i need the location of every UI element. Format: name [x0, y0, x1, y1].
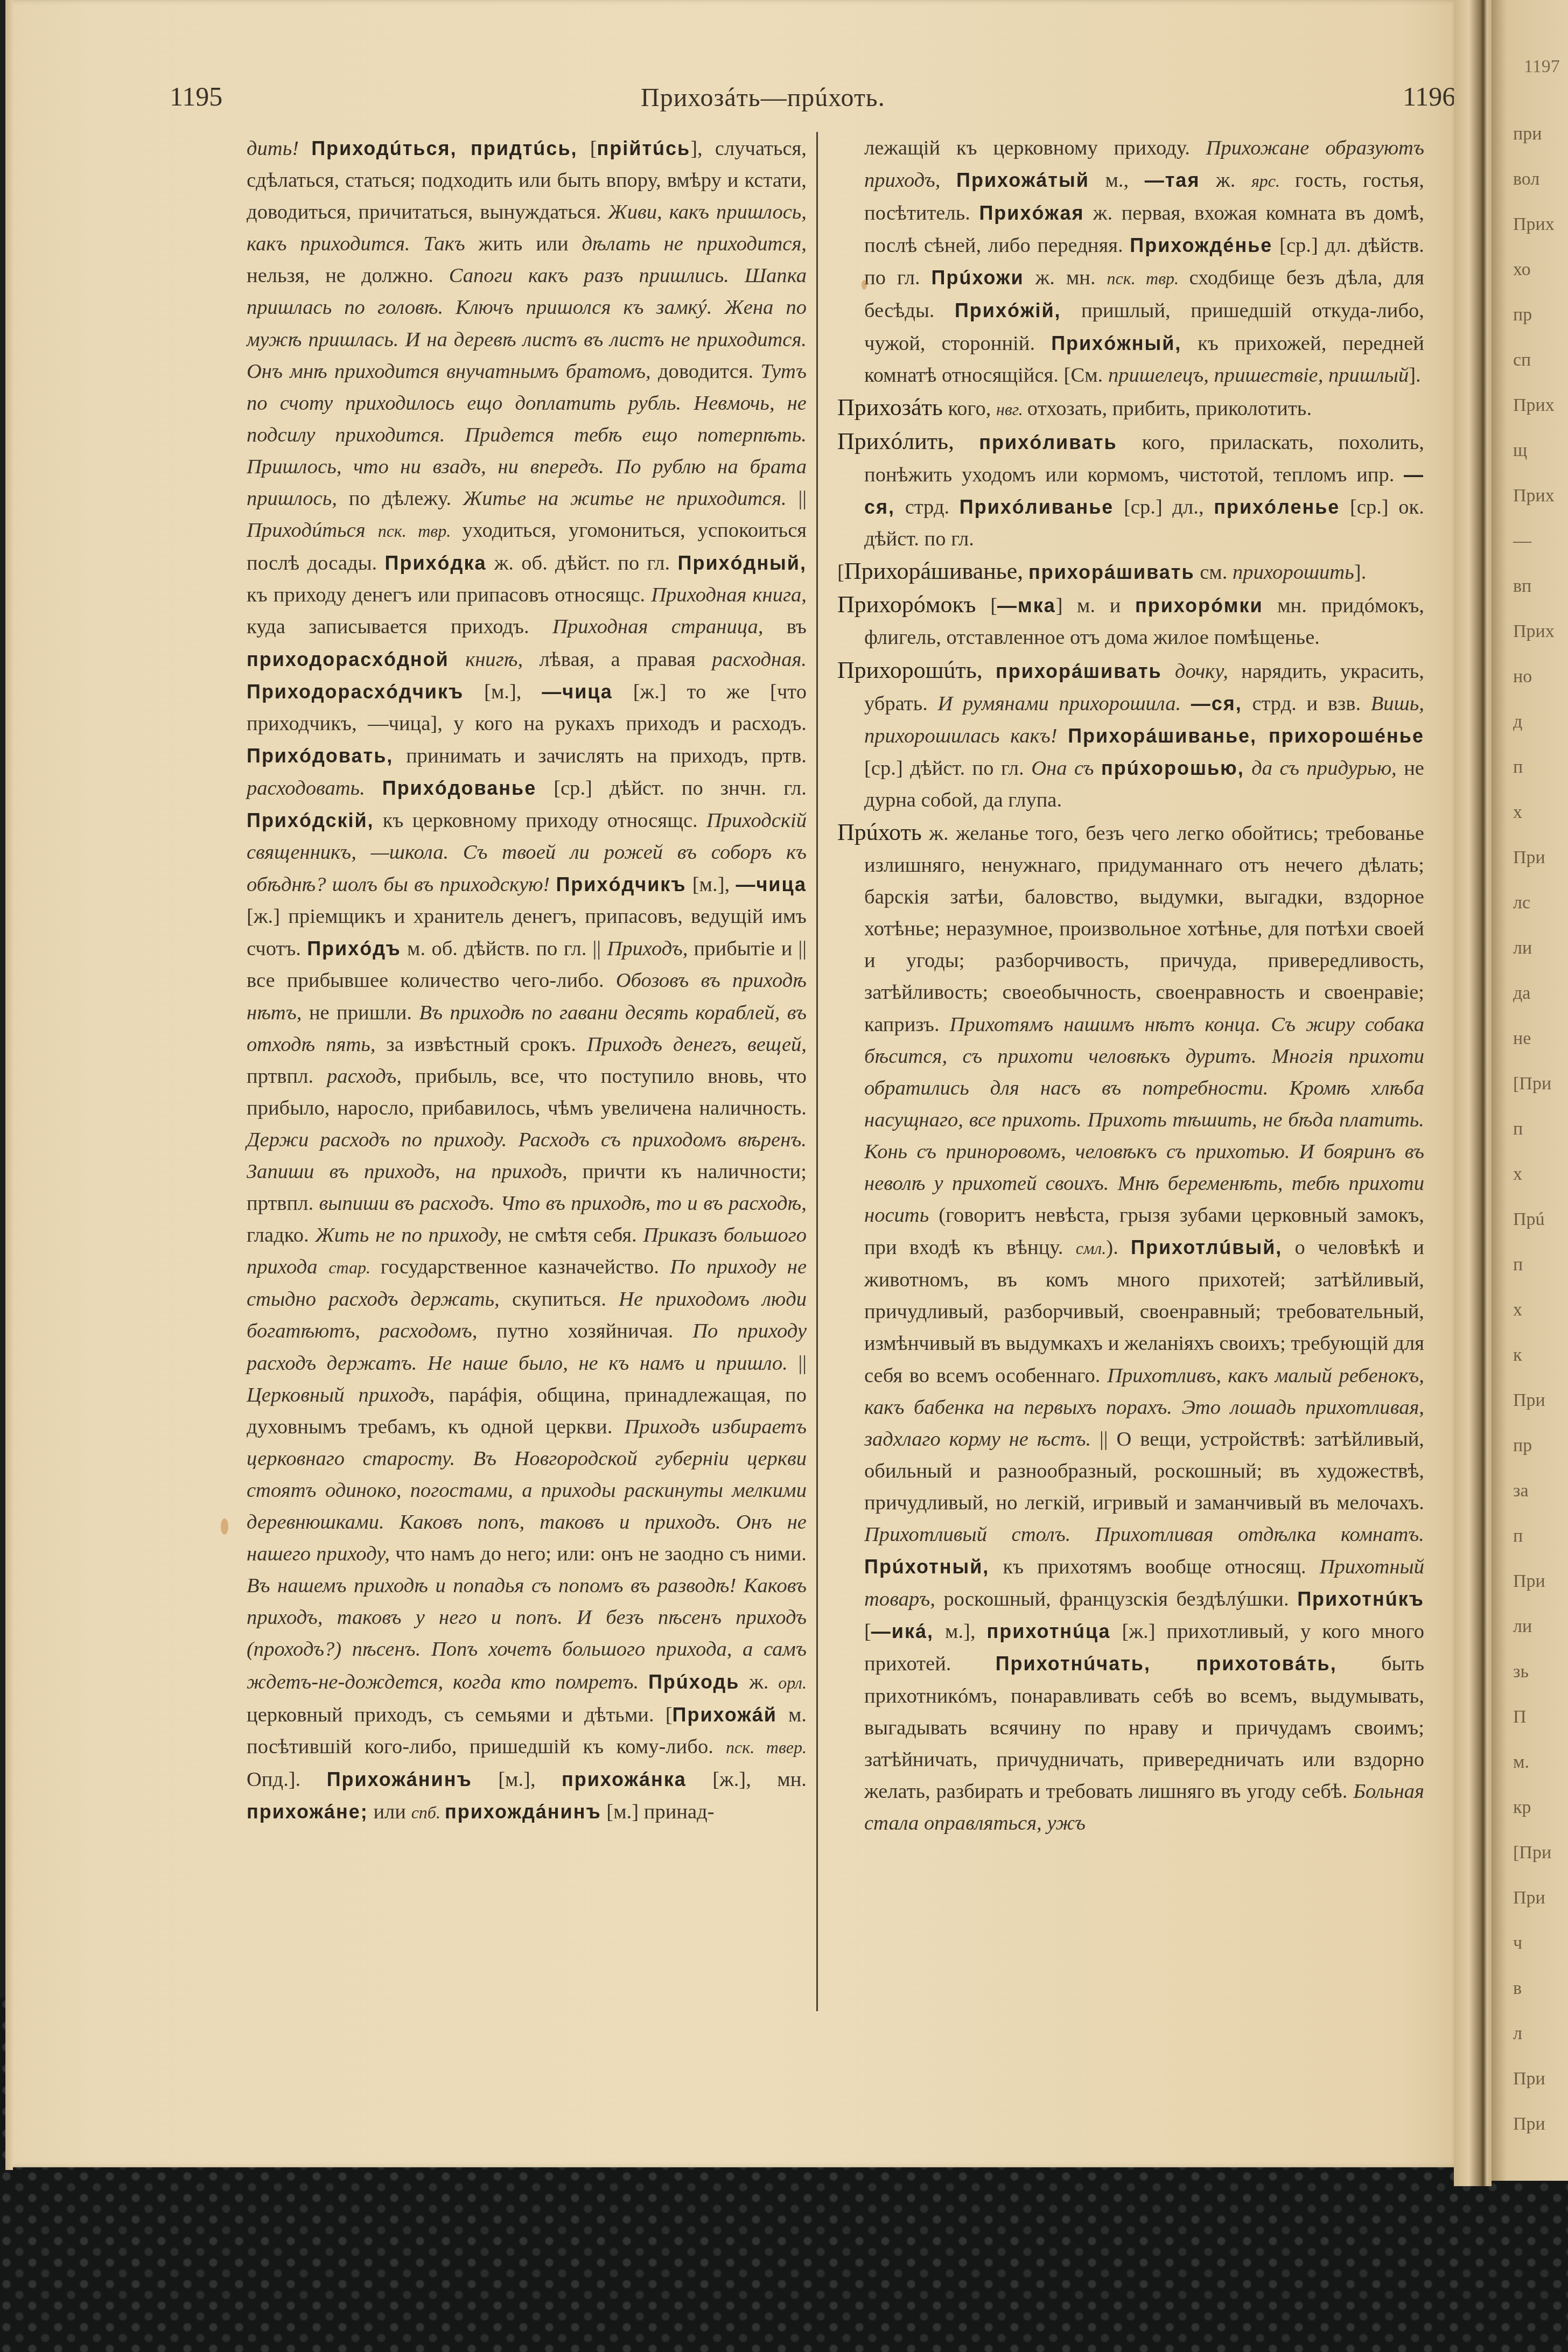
next-page-fragment: При	[1513, 1888, 1545, 1908]
definition-text	[1023, 561, 1028, 584]
headword: Прúхоть	[837, 819, 922, 845]
headword: Прихозáть	[837, 394, 943, 421]
next-page-fragment: п	[1513, 1526, 1523, 1546]
example-text: да съ придурью,	[1244, 757, 1404, 780]
definition-text: [м.],	[472, 1768, 562, 1791]
next-page-fragment: При	[1513, 2114, 1545, 2134]
next-page-fragment: При	[1513, 848, 1545, 868]
definition-text: [	[578, 137, 597, 160]
dictionary-entry: Прúхоть ж. желанье того, безъ чего легко…	[837, 816, 1424, 1839]
definition-text: жить или	[479, 233, 582, 255]
definition-text: стрд.	[895, 496, 960, 519]
example-text: прихорошить	[1233, 561, 1354, 584]
region-abbrev: нвг.	[996, 400, 1027, 419]
definition-text: государственное казначейство.	[381, 1256, 670, 1278]
example-text: Приходъ,	[607, 937, 694, 960]
region-abbrev: спб.	[411, 1803, 445, 1822]
next-page-fragment: Прих	[1513, 395, 1555, 416]
paper-stain	[862, 280, 867, 290]
next-page-fragment: щ	[1513, 440, 1527, 461]
definition-text: къ приходу денегъ или припасовъ относящс…	[247, 584, 651, 606]
headword: Прихóжая	[979, 202, 1084, 224]
headword: Прихожáтый	[956, 169, 1089, 191]
headword: Прúходь	[648, 1671, 739, 1693]
next-page-fragment: да	[1513, 983, 1530, 1004]
next-page-fragment: п	[1513, 757, 1523, 778]
headword: прихóливать	[979, 431, 1117, 453]
example-text: дочку,	[1162, 660, 1242, 683]
definition-text: [	[837, 561, 844, 584]
headword: прійтúсь	[597, 137, 691, 159]
definition-text: пртвпл.	[247, 1065, 327, 1088]
next-page-number: 1197	[1524, 57, 1560, 77]
page-header: 1195 Прихозáть—прúхоть. 1196	[5, 81, 1459, 118]
headword: Прихотнúчать, прихотовáть,	[996, 1653, 1337, 1675]
example-text: Приходная страница,	[552, 615, 787, 638]
headword: —тая	[1145, 169, 1200, 191]
definition-text: [ср.] дл.,	[1114, 496, 1214, 519]
example-text: Церковный приходъ,	[247, 1384, 449, 1406]
headword: Прихóдъ	[307, 937, 401, 960]
example-text: расходная.	[712, 648, 807, 671]
example-text: Житье на житье не приходится.	[463, 487, 799, 510]
example-text: Приходъ денегъ, вещей,	[587, 1033, 807, 1056]
next-page-fragment: ли	[1513, 1616, 1532, 1637]
definition-text: по дѣлежу.	[349, 487, 463, 510]
region-abbrev: орл.	[778, 1673, 807, 1692]
next-page-fragment: м.	[1513, 1752, 1529, 1773]
headword: Прихóдка	[385, 552, 487, 574]
example-text: дѣлать не приходится,	[582, 233, 807, 255]
example-text: дить!	[247, 137, 311, 160]
headword: прихорóмки	[1135, 594, 1263, 617]
definition-text: не пришли.	[309, 1002, 419, 1024]
dictionary-entry: Прихорошúть, прихорáшивать дочку, наряди…	[837, 654, 1424, 816]
definition-text: ).	[1106, 1236, 1131, 1259]
definition-text: см.	[1195, 561, 1233, 584]
dictionary-entry: Прихозáть кого, нвг. отхозать, прибить, …	[837, 391, 1424, 425]
definition-text: въ	[787, 615, 807, 638]
definition-text: къ прихотямъ вообще относящ.	[989, 1556, 1319, 1578]
next-page-fragment: вп	[1513, 576, 1531, 597]
example-text: пришелецъ, пришествіе, пришлый	[1108, 364, 1409, 387]
example-text: Она съ	[1031, 757, 1101, 780]
definition-text: м.],	[934, 1620, 987, 1643]
headword: Прúхотный,	[864, 1556, 989, 1578]
next-page-fragment: ли	[1513, 938, 1532, 958]
headword: Прихóдовать,	[247, 745, 393, 767]
definition-text: кого,	[943, 397, 996, 420]
headword: Прихотлúвый,	[1131, 1236, 1282, 1258]
next-page-fragment: зь	[1513, 1662, 1529, 1682]
headword: прихорáшивать	[1028, 561, 1195, 583]
example-text: Прихотливый столъ. Прихотливая отдѣлка к…	[864, 1523, 1424, 1546]
definition-text: Опд.].	[247, 1768, 327, 1791]
headword: Прихóлить,	[837, 428, 954, 454]
definition-text: ж. желанье того, безъ чего легко обойтис…	[864, 822, 1424, 1036]
example-text: расходъ,	[327, 1065, 415, 1088]
headword: прúхорошью,	[1101, 757, 1244, 779]
definition-text: доводится.	[658, 360, 760, 383]
next-page-fragment: ч	[1513, 1933, 1522, 1954]
page-number-right: 1196	[1403, 81, 1455, 112]
page-number-left: 1195	[170, 81, 222, 112]
headword: Прихожáнинъ	[327, 1768, 472, 1790]
next-page-fragment: но	[1513, 667, 1532, 687]
right-column-text: лежащій къ церковному приходу. Прихожане…	[837, 132, 1424, 1839]
headword: Прихóжный,	[1051, 332, 1181, 354]
headword: —ся,	[1191, 692, 1242, 715]
definition-text: [ср.] дѣйст. по гл.	[864, 757, 1031, 780]
headword: Прихожáй	[673, 1704, 777, 1726]
next-page-fragment: Прú	[1513, 1209, 1545, 1230]
definition-text	[983, 660, 996, 683]
next-page-fragment: вол	[1513, 169, 1539, 190]
headword: Прихóливанье	[960, 496, 1114, 518]
next-page-fragment: х	[1513, 1300, 1522, 1320]
next-page-fragment: п	[1513, 1119, 1523, 1139]
headword: Прихорáшиванье, прихорошéнье	[1068, 725, 1424, 747]
definition-text: къ церковному приходу относящс.	[374, 809, 706, 832]
definition-text: ].	[1354, 561, 1367, 584]
definition-text: лежащій къ церковному приходу.	[864, 137, 1206, 159]
next-page-fragment: кр	[1513, 1797, 1531, 1818]
headword: прихождáнинъ	[445, 1801, 601, 1823]
next-page-fragment: х	[1513, 1164, 1522, 1185]
example-text: расходовать.	[247, 777, 382, 800]
headword: прихотнúца	[987, 1620, 1111, 1642]
headword: Приходорасхóдчикъ	[247, 681, 464, 703]
next-page-fragment: к	[1513, 1345, 1522, 1366]
headword: прихожáне;	[247, 1801, 368, 1823]
definition-text: ж.	[739, 1671, 778, 1693]
definition-text: скупиться.	[512, 1288, 619, 1311]
next-page-fragment: [При	[1513, 1074, 1551, 1094]
example-text: книгѣ,	[449, 648, 540, 671]
headword: —мка	[997, 594, 1056, 617]
region-abbrev: стар.	[328, 1258, 381, 1277]
dictionary-entry: [Прихорáшиванье, прихорáшивать см. прихо…	[837, 555, 1424, 589]
next-page-fragment: Прих	[1513, 486, 1555, 506]
definition-text: ж. об. дѣйст. по гл.	[486, 552, 677, 575]
next-page-fragment: при	[1513, 124, 1542, 144]
definition-text: ||	[799, 1352, 807, 1375]
next-page-fragment: Прих	[1513, 214, 1555, 235]
region-abbrev: пск. твр.	[1107, 269, 1189, 288]
next-page-sliver: 1197 приволПриххопрспПрихщПрих—впПрихнод…	[1492, 0, 1568, 2181]
definition-text: куда записывается приходъ.	[247, 615, 552, 638]
next-page-fragment: сп	[1513, 350, 1531, 370]
region-abbrev: пск. твр.	[378, 521, 463, 541]
definition-text: ].	[1409, 364, 1421, 387]
headword: Прихóжій,	[955, 299, 1061, 321]
definition-text: церковный приходъ, съ семьями и дѣтьми. …	[247, 1704, 673, 1726]
next-page-fragment: [При	[1513, 1843, 1551, 1863]
dictionary-page-spread: 1195 Прихозáть—прúхоть. 1196 дить! Прихо…	[5, 0, 1459, 2167]
next-page-fragment: л	[1513, 2024, 1522, 2044]
headword: —чица	[542, 681, 613, 703]
next-page-fragment: При	[1513, 1390, 1545, 1411]
definition-text: или	[368, 1801, 411, 1823]
headword: Приходúться, придтúсь,	[311, 137, 577, 159]
headword: Прихóдчикъ	[556, 873, 686, 895]
definition-text: [м.],	[687, 873, 736, 896]
next-page-fragment: При	[1513, 1571, 1545, 1592]
next-page-fragment: При	[1513, 2069, 1545, 2089]
headword: Прихóдованье	[382, 777, 536, 799]
headword: Прúхожи	[932, 267, 1024, 289]
example-text: И румянами прихорошила.	[938, 692, 1191, 715]
definition-text: гладко.	[247, 1224, 315, 1247]
definition-text: за извѣстный срокъ.	[386, 1033, 586, 1056]
headword: —чица	[736, 873, 807, 895]
definition-text: ж. мн.	[1024, 267, 1107, 289]
next-page-fragment: Прих	[1513, 621, 1555, 642]
definition-text: [ср.] дѣйст. по знчн. гл.	[536, 777, 807, 800]
next-page-fragment: в	[1513, 1978, 1522, 1999]
example-text: выпиши въ расходъ. Что въ приходѣ, то и …	[319, 1192, 807, 1215]
headword: Прихорóмокъ	[837, 591, 976, 618]
definition-text: нельзя, не должно.	[247, 264, 449, 287]
definition-text: [м.],	[464, 681, 542, 703]
headword: прихóленье	[1214, 496, 1340, 518]
definition-text: ] м. и	[1056, 594, 1135, 617]
headword: приходорасхóдной	[247, 648, 449, 670]
next-page-fragment: лс	[1513, 893, 1530, 913]
definition-text: стрд. и взв.	[1242, 692, 1371, 715]
definition-text: что намъ до него; или: онъ не заодно съ …	[395, 1543, 807, 1565]
headword: прихорáшивать	[996, 660, 1162, 682]
definition-text: [ж.], мн.	[687, 1768, 807, 1791]
definition-text: [м.] принад-	[601, 1801, 715, 1823]
headword: —икá,	[871, 1620, 934, 1642]
paper-stain	[221, 1518, 228, 1535]
entry-continuation: дить! Приходúться, придтúсь, [прійтúсь],…	[220, 132, 807, 1829]
region-abbrev: ярс.	[1251, 171, 1295, 191]
page-edge	[5, 0, 13, 2170]
headword: Прихотнúкъ	[1297, 1588, 1424, 1610]
headword: Прихождéнье	[1130, 234, 1272, 256]
headword: Прихорáшиванье,	[844, 558, 1023, 584]
left-column-text: дить! Приходúться, придтúсь, [прійтúсь],…	[220, 132, 807, 1829]
definition-text: ||	[799, 487, 807, 510]
dictionary-entry: Прихóлить, прихóливать кого, приласкать,…	[837, 425, 1424, 555]
definition-text: [	[864, 1620, 871, 1643]
next-page-fragment: пр	[1513, 1436, 1532, 1456]
column-divider-rule	[816, 132, 818, 2011]
region-abbrev: пск. твер.	[726, 1738, 807, 1757]
next-page-fragment: —	[1513, 531, 1531, 551]
definition-text: не смѣтя себя.	[508, 1224, 643, 1247]
entry-continuation: лежащій къ церковному приходу. Прихожане…	[837, 132, 1424, 391]
headword: Прихорошúть,	[837, 657, 983, 683]
definition-text: отхозать, прибить, приколотить.	[1027, 397, 1312, 420]
example-text: Прихотямъ нашимъ нѣтъ конца. Съ жиру соб…	[864, 1013, 1424, 1227]
next-page-fragment: пр	[1513, 305, 1532, 325]
next-page-fragment: П	[1513, 1707, 1527, 1727]
region-abbrev: смл.	[1076, 1238, 1107, 1258]
definition-text: лѣвая, а правая	[540, 648, 712, 671]
next-page-fragment: х	[1513, 802, 1522, 823]
definition-text: м. об. дѣйств. по гл. ||	[401, 937, 607, 960]
definition-text: роскошный, французскія бездѣлýшки.	[943, 1588, 1297, 1611]
definition-text: ж.	[1200, 169, 1251, 192]
definition-text: [	[976, 594, 997, 617]
headword: прихожáнка	[562, 1768, 687, 1790]
definition-text: путно хозяйничая.	[496, 1320, 692, 1342]
next-page-fragment: за	[1513, 1481, 1529, 1501]
dictionary-entry: Прихорóмокъ [—мка] м. и прихорóмки мн. п…	[837, 589, 1424, 654]
running-title: Прихозáть—прúхоть.	[641, 83, 885, 113]
headword: Прихóдскій,	[247, 809, 374, 831]
next-page-fragment: не	[1513, 1028, 1531, 1049]
next-page-fragment: д	[1513, 712, 1522, 732]
example-text: Жить не по приходу,	[315, 1224, 508, 1247]
definition-text	[954, 431, 979, 454]
example-text: Приходúться	[247, 519, 378, 542]
book-gutter	[1454, 0, 1492, 2186]
definition-text: принимать и зачислять на приходъ, пртв.	[393, 745, 807, 767]
next-page-fragment: п	[1513, 1255, 1523, 1275]
next-page-fragment: хо	[1513, 260, 1531, 280]
headword: Прихóдный,	[678, 552, 807, 574]
definition-text: м.,	[1089, 169, 1145, 192]
example-text: Приходная книга,	[651, 584, 807, 606]
